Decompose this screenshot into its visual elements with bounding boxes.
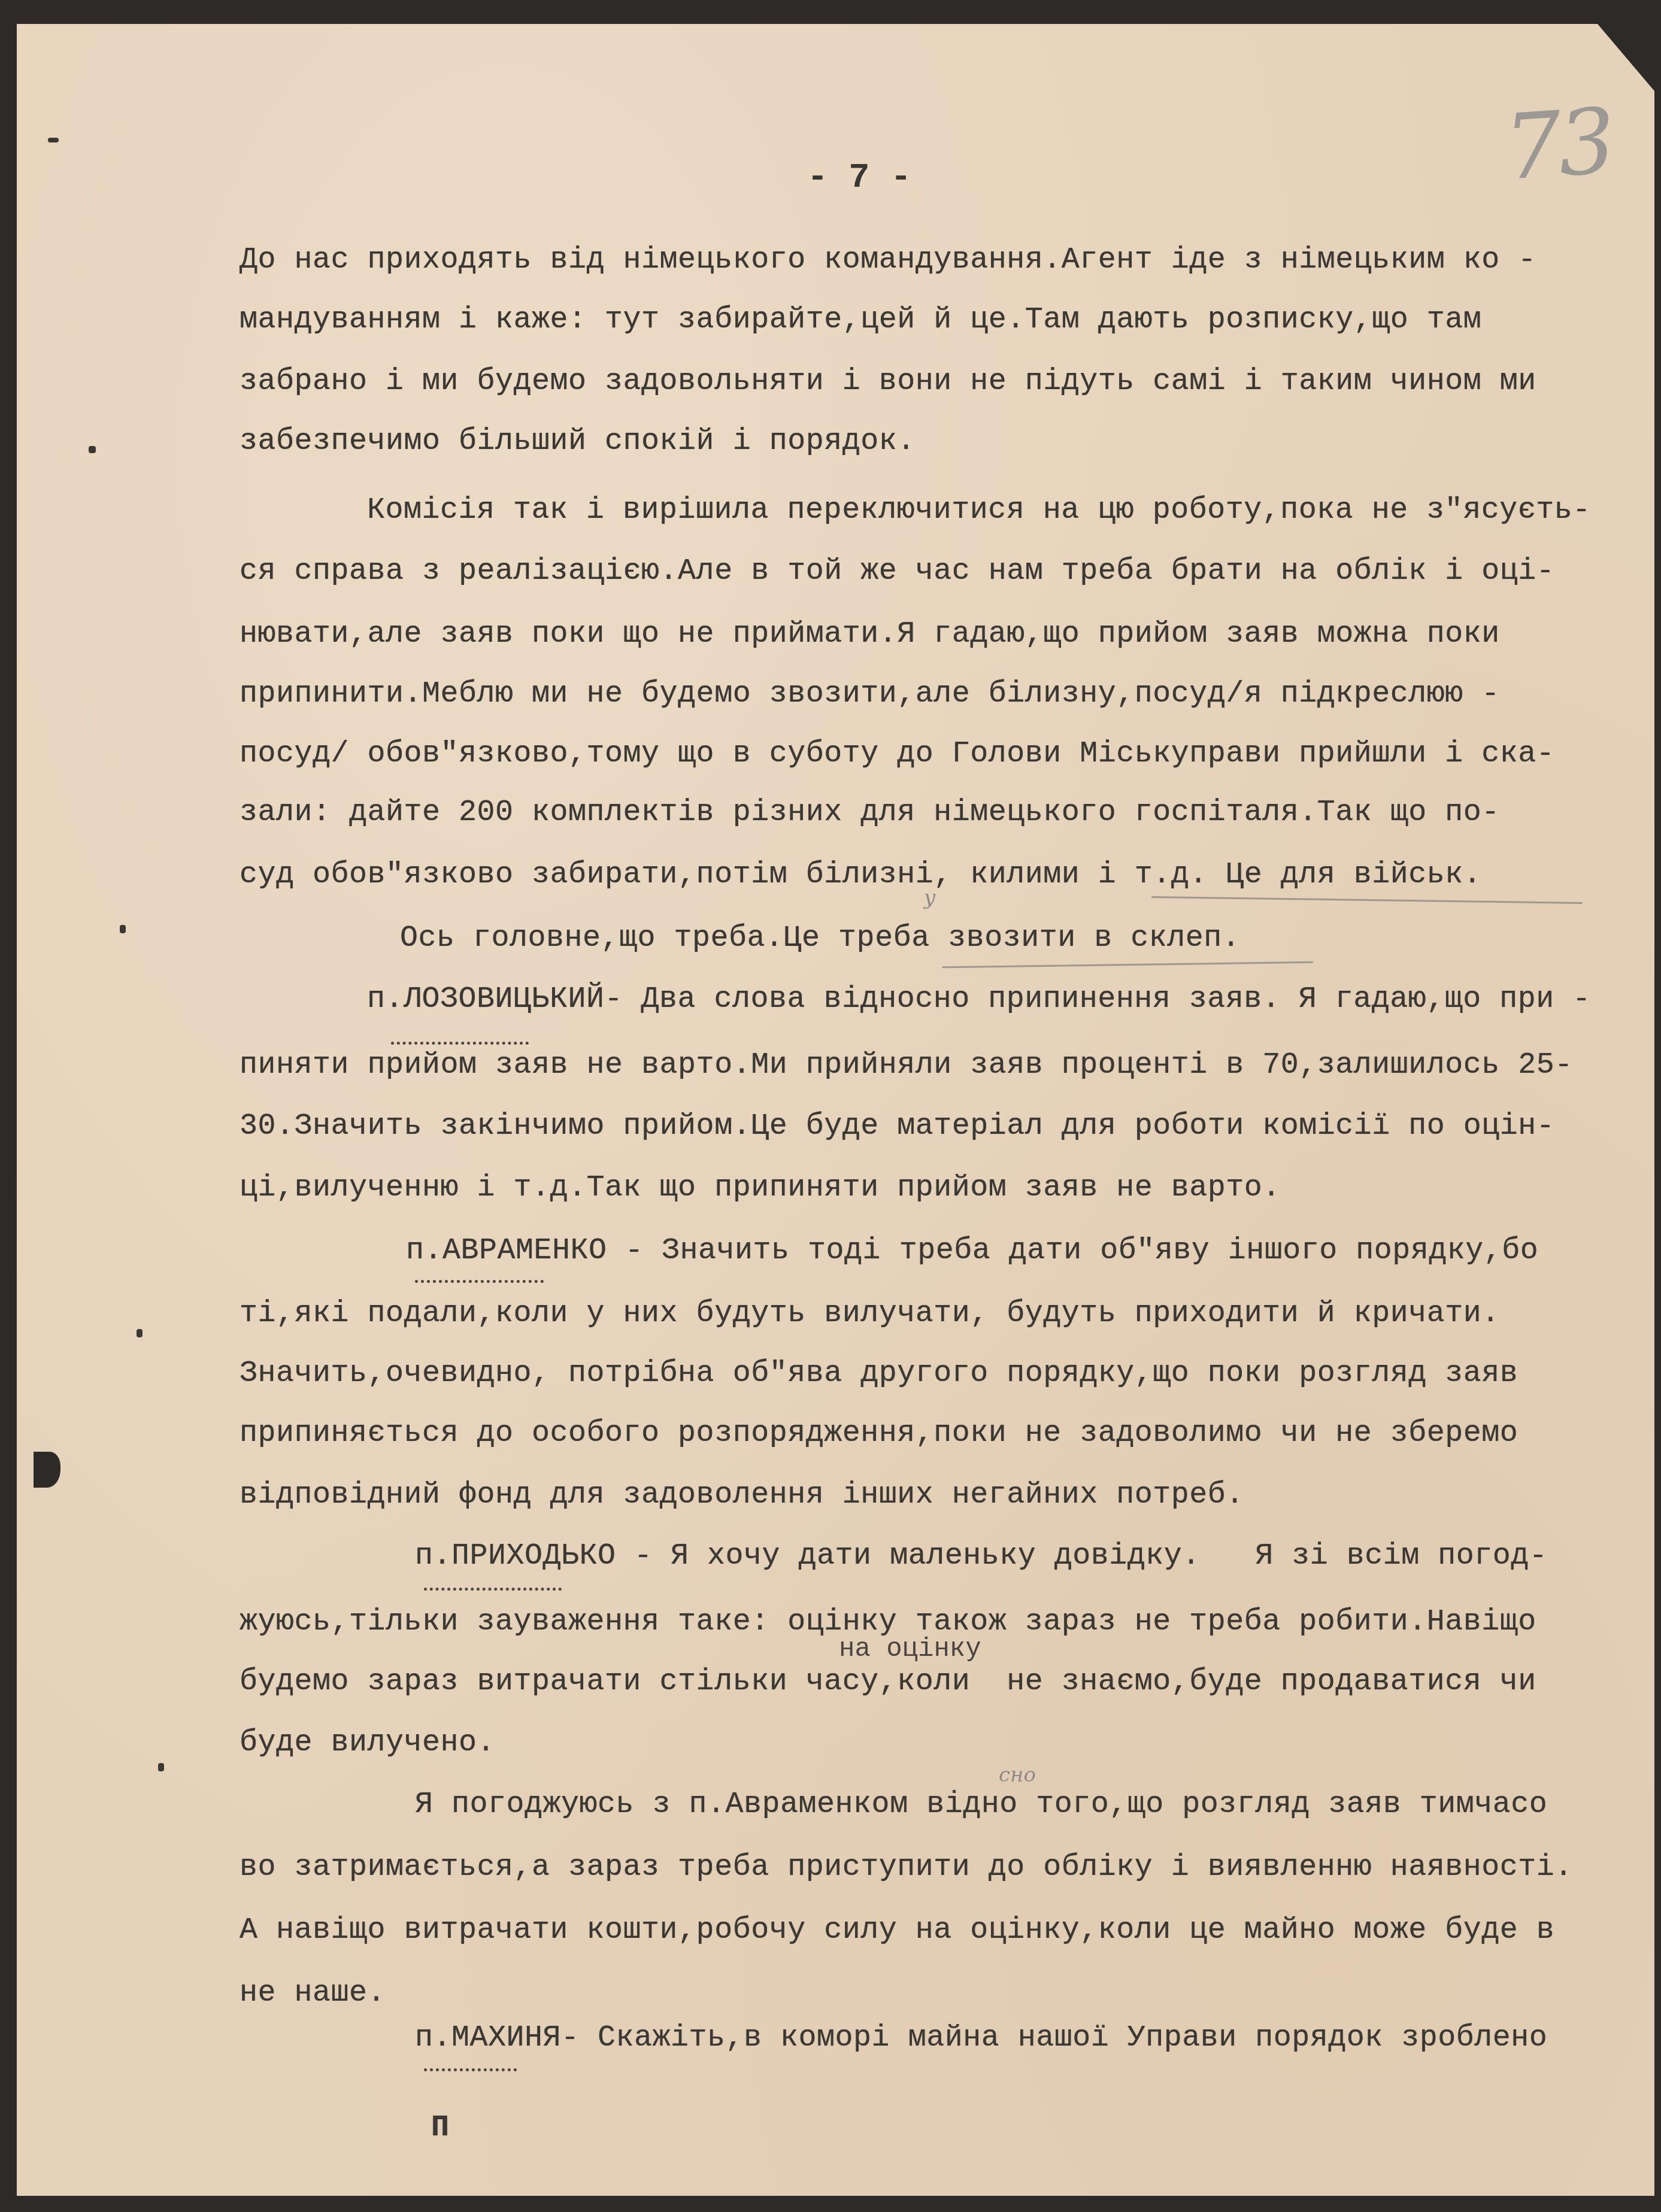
text-line: забезпечимо більший спокій і порядок. — [240, 424, 916, 460]
pencil-underline — [1151, 896, 1583, 904]
text-line: п.АВРАМЕНКО - Значить тоді треба дати об… — [406, 1233, 1538, 1269]
text-line: відповідний фонд для задоволення інших н… — [240, 1477, 1244, 1513]
text-line: не наше. — [240, 1976, 386, 2011]
text-line: пиняти прийом заяв не варто.Ми прийняли … — [240, 1048, 1573, 1084]
interlinear-insert: на оцінку — [839, 1634, 981, 1664]
text-line: припинити.Меблю ми не будемо звозити,але… — [240, 676, 1500, 712]
text-line: забрано і ми будемо задовольняти і вони … — [240, 364, 1536, 400]
margin-mark — [120, 925, 126, 933]
text-line: посуд/ обов"язково,тому що в суботу до Г… — [240, 736, 1554, 772]
text-line: До нас приходять від німецького командув… — [240, 242, 1536, 278]
text-line: буде вилучено. — [240, 1725, 495, 1761]
catchword-mark: П — [431, 2110, 450, 2146]
margin-mark — [158, 1763, 164, 1771]
text-line: А навіщо витрачати кошти,робочу силу на … — [240, 1913, 1554, 1949]
text-line: суд обов"язково забирати,потім білизні, … — [240, 857, 1481, 893]
pencil-underline — [942, 961, 1313, 969]
text-line: п.ЛОЗОВИЦЬКИЙ- Два слова відносно припин… — [367, 982, 1591, 1018]
page-number: - 7 - — [807, 159, 911, 198]
margin-mark — [48, 138, 59, 142]
text-line: п.ПРИХОДЬКО - Я хочу дати маленьку довід… — [415, 1539, 1547, 1574]
ink-blot — [34, 1452, 60, 1488]
pencil-correction-vidno: сно — [999, 1763, 1036, 1787]
text-line: мандуванням і каже: тут забирайте,цей й … — [240, 302, 1481, 338]
archive-sheet-number: 73 — [1501, 89, 1615, 201]
speaker-underline — [391, 1042, 529, 1045]
text-line: п.МАХИНЯ- Скажіть,в коморі майна нашої У… — [415, 2020, 1547, 2056]
margin-mark — [137, 1329, 143, 1337]
text-line: Комісія так і вирішила переключитися на … — [367, 493, 1591, 529]
text-line: Значить,очевидно, потрібна об"ява другог… — [240, 1356, 1518, 1392]
text-line: нювати,але заяв поки що не приймати.Я га… — [240, 617, 1500, 653]
text-line: 30.Значить закінчимо прийом.Це буде мате… — [240, 1109, 1554, 1145]
speaker-underline — [424, 1588, 562, 1591]
text-line: Я погоджуюсь з п.Авраменком відно того,щ… — [415, 1787, 1547, 1823]
text-line: припиняється до особого розпорядження,по… — [240, 1416, 1518, 1452]
pencil-correction-bilyzni: у — [924, 886, 936, 910]
text-line: зали: дайте 200 комплектів різних для ні… — [240, 795, 1500, 831]
text-line: ся справа з реалізацією.Але в той же час… — [240, 554, 1554, 590]
text-line: во затримається,а зараз треба приступити… — [240, 1850, 1573, 1886]
speaker-underline — [415, 1280, 544, 1283]
text-line: ці,вилученню і т.д.Так що припиняти прий… — [240, 1170, 1281, 1206]
text-line: ті,які подали,коли у них будуть вилучати… — [240, 1296, 1500, 1332]
document-page: 73 - 7 - До нас приходять від німецького… — [17, 24, 1654, 2196]
margin-mark — [89, 446, 96, 453]
text-line: будемо зараз витрачати стільки часу,коли… — [240, 1664, 1536, 1700]
text-line: Ось головне,що треба.Це треба звозити в … — [400, 921, 1240, 957]
speaker-underline — [424, 2068, 517, 2071]
